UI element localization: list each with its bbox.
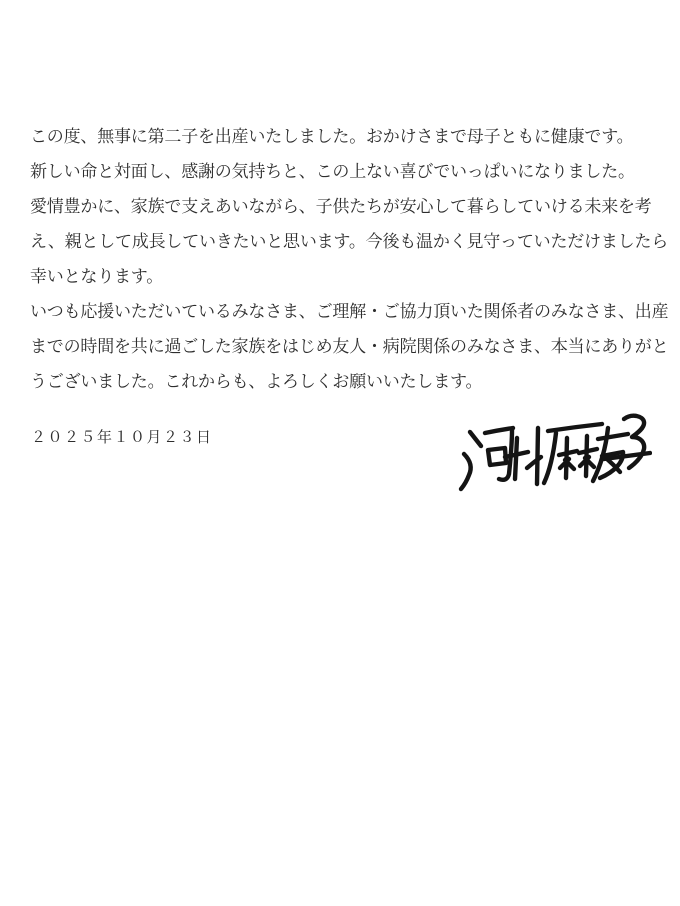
announcement-letter-page: この度、無事に第二子を出産いたしました。おかけさまで母子ともに健康です。 新しい… — [0, 0, 680, 906]
letter-line: え、親として成長していきたいと思います。今後も温かく見守っていただけましたら — [30, 224, 662, 259]
letter-line: 幸いとなります。 — [30, 259, 662, 294]
letter-line: 愛情豊かに、家族で支えあいながら、子供たちが安心して暮らしていける未来を考 — [30, 189, 662, 224]
date-text: ２０２５年１０月２３日 — [31, 428, 213, 448]
signature-handwritten — [452, 410, 652, 495]
signature-char-ko — [604, 416, 650, 468]
letter-body: この度、無事に第二子を出産いたしました。おかけさまで母子ともに健康です。 新しい… — [30, 119, 662, 399]
signature-char-ma — [544, 424, 602, 483]
letter-line: この度、無事に第二子を出産いたしました。おかけさまで母子ともに健康です。 — [30, 119, 662, 154]
letter-line: 新しい命と対面し、感謝の気持ちと、この上ない喜びでいっぱいになりました。 — [30, 154, 662, 189]
letter-line: までの時間を共に過ごした家族をはじめ友人・病院関係のみなさま、本当にありがと — [30, 329, 662, 364]
letter-line: うございました。これからも、よろしくお願いいたします。 — [30, 364, 662, 399]
letter-line: いつも応援いただいているみなさま、ご理解・ご協力頂いた関係者のみなさま、出産 — [30, 294, 662, 329]
